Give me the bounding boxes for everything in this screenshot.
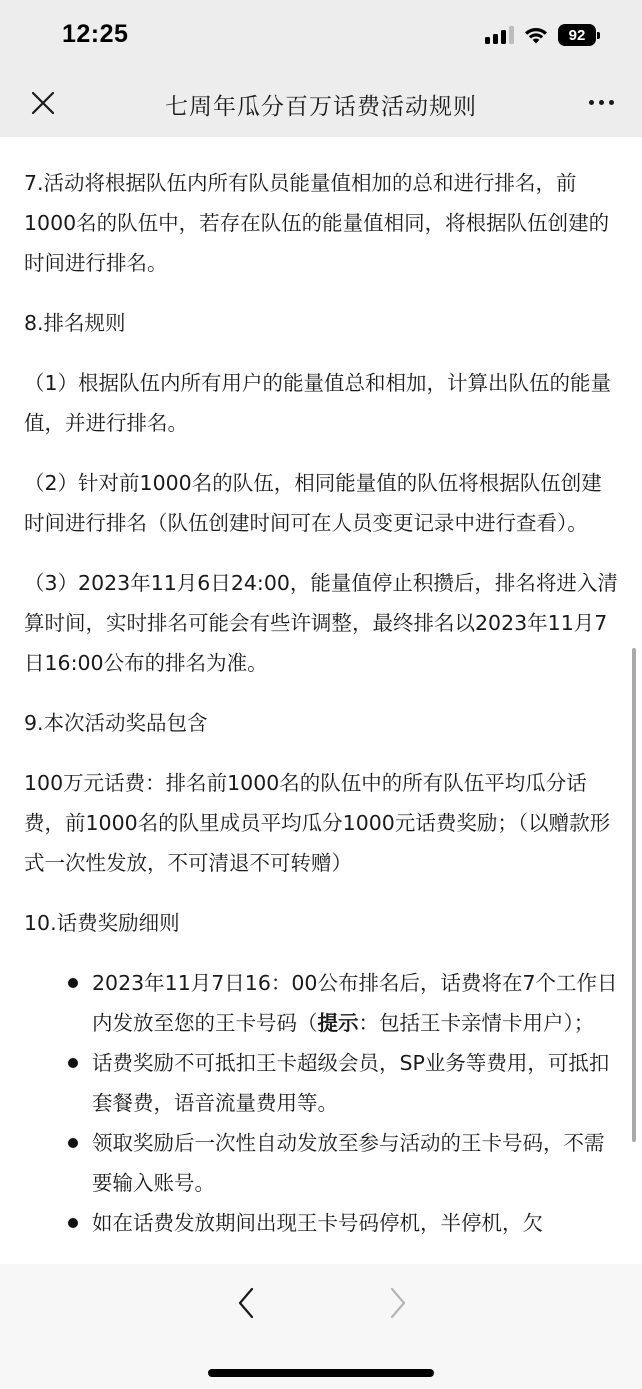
list-item: 2023年11月7日16：00公布排名后，话费将在7个工作日内发放至您的王卡号码… <box>68 963 620 1043</box>
nav-bar: 七周年瓜分百万话费活动规则 <box>0 72 642 137</box>
wifi-icon <box>524 26 548 44</box>
list-item: 话费奖励不可抵扣王卡超级会员，SP业务等费用，可抵扣套餐费，语音流量费用等。 <box>68 1043 620 1123</box>
chevron-left-icon[interactable] <box>232 1286 262 1320</box>
heading-9: 9.本次活动奖品包含 <box>24 703 620 743</box>
battery-icon: 92 <box>558 24 600 46</box>
paragraph-8-2: （2）针对前1000名的队伍，相同能量值的队伍将根据队伍创建时间进行排名（队伍创… <box>24 463 620 543</box>
reward-details-list: 2023年11月7日16：00公布排名后，话费将在7个工作日内发放至您的王卡号码… <box>68 963 620 1243</box>
scrollbar[interactable] <box>632 648 636 1142</box>
paragraph-8-3: （3）2023年11月6日24:00，能量值停止积攒后，排名将进入清算时间，实时… <box>24 563 620 683</box>
paragraph-7: 7.活动将根据队伍内所有队员能量值相加的总和进行排名，前1000名的队伍中，若存… <box>24 163 620 283</box>
page-title: 七周年瓜分百万话费活动规则 <box>0 88 642 121</box>
battery-level: 92 <box>558 24 596 46</box>
paragraph-9: 100万元话费：排名前1000名的队伍中的所有队伍平均瓜分话费，前1000名的队… <box>24 763 620 883</box>
article: 7.活动将根据队伍内所有队员能量值相加的总和进行排名，前1000名的队伍中，若存… <box>24 163 620 1243</box>
list-item: 如在话费发放期间出现王卡号码停机，半停机，欠 <box>68 1203 620 1243</box>
status-bar: 12:25 92 <box>0 0 642 72</box>
heading-8: 8.排名规则 <box>24 303 620 343</box>
article-content[interactable]: 7.活动将根据队伍内所有队员能量值相加的总和进行排名，前1000名的队伍中，若存… <box>0 137 642 1264</box>
tip-label: 提示 <box>318 1011 359 1035</box>
paragraph-8-1: （1）根据队伍内所有用户的能量值总和相加，计算出队伍的能量值，并进行排名。 <box>24 363 620 443</box>
status-time: 12:25 <box>62 20 128 49</box>
heading-10: 10.话费奖励细则 <box>24 903 620 943</box>
more-icon[interactable] <box>589 100 614 105</box>
chevron-right-icon[interactable] <box>382 1286 412 1320</box>
signal-icon <box>485 26 514 44</box>
status-icons: 92 <box>485 24 600 46</box>
list-item: 领取奖励后一次性自动发放至参与活动的王卡号码，不需要输入账号。 <box>68 1123 620 1203</box>
home-indicator <box>208 1369 434 1377</box>
